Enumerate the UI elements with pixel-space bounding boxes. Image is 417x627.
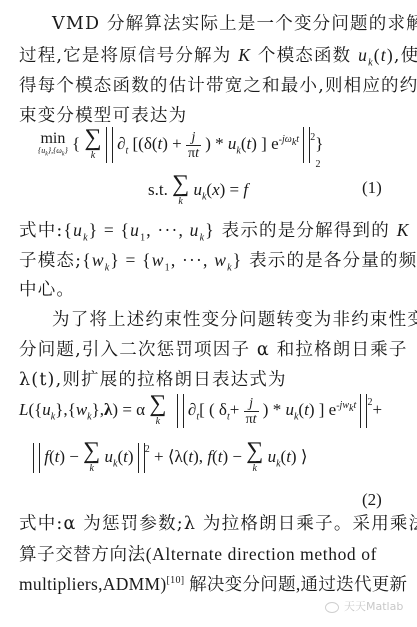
equation-1-constraint: s.t. ∑k uk(x) = f (148, 173, 248, 209)
equation-1-number: (1) (362, 178, 382, 198)
p1-line-3: 得每个模态函数的估计带宽之和最小,则相应的约 (19, 75, 399, 97)
p1-line-1: VMD 分解算法实际上是一个变分问题的求解 (52, 13, 417, 35)
equation-1: min {uk},{ωk} { ∑k ∂t [(δ(t) + jπt ) * u… (38, 127, 320, 170)
p3-line-1: 为了将上述约束性变分问题转变为非约束性变 (52, 309, 417, 331)
p4-line-2: 算子交替方向法(Alternate direction method of (19, 543, 399, 565)
p2-line-3: 中心。 (19, 279, 399, 301)
equation-2-line-2: f(t) − ∑k uk(t) 2 + ⟨λ(t), f(t) − ∑k uk(… (33, 440, 307, 476)
p1-line-4: 束变分模型可表达为 (19, 105, 399, 127)
p1-line-2: 过程,它是将原信号分解为 K 个模态函数 uk(t),使 (19, 44, 399, 67)
p3-line-3: λ(t),则扩展的拉格朗日表达式为 (19, 369, 399, 391)
equation-2-line-1: L({uk},{wk},λ) = α ∑k ∂t[ ( δt+ jπt ) * … (19, 393, 382, 429)
p2-line-2: 子模态;{wk} = {w1, ···, wk} 表示的是各分量的频率 (19, 249, 399, 272)
p2-line-1: 式中:{uk} = {u1, ···, uk} 表示的是分解得到的 K 个 (19, 219, 399, 242)
p4-line-3: multipliers,ADMM)[10] 解决变分问题,通过迭代更新 (19, 573, 399, 595)
p4-line-1: 式中:α 为惩罚参数;λ 为拉格朗日乘子。采用乘法 (19, 513, 399, 535)
wechat-icon (325, 602, 339, 613)
equation-2-number: (2) (362, 490, 382, 510)
paper-page: VMD 分解算法实际上是一个变分问题的求解 过程,它是将原信号分解为 K 个模态… (0, 0, 417, 627)
p3-line-2: 分问题,引入二次惩罚项因子 α 和拉格朗日乘子 (19, 339, 399, 361)
watermark: 天天Matlab (325, 598, 403, 614)
citation[interactable]: [10] (167, 575, 185, 586)
